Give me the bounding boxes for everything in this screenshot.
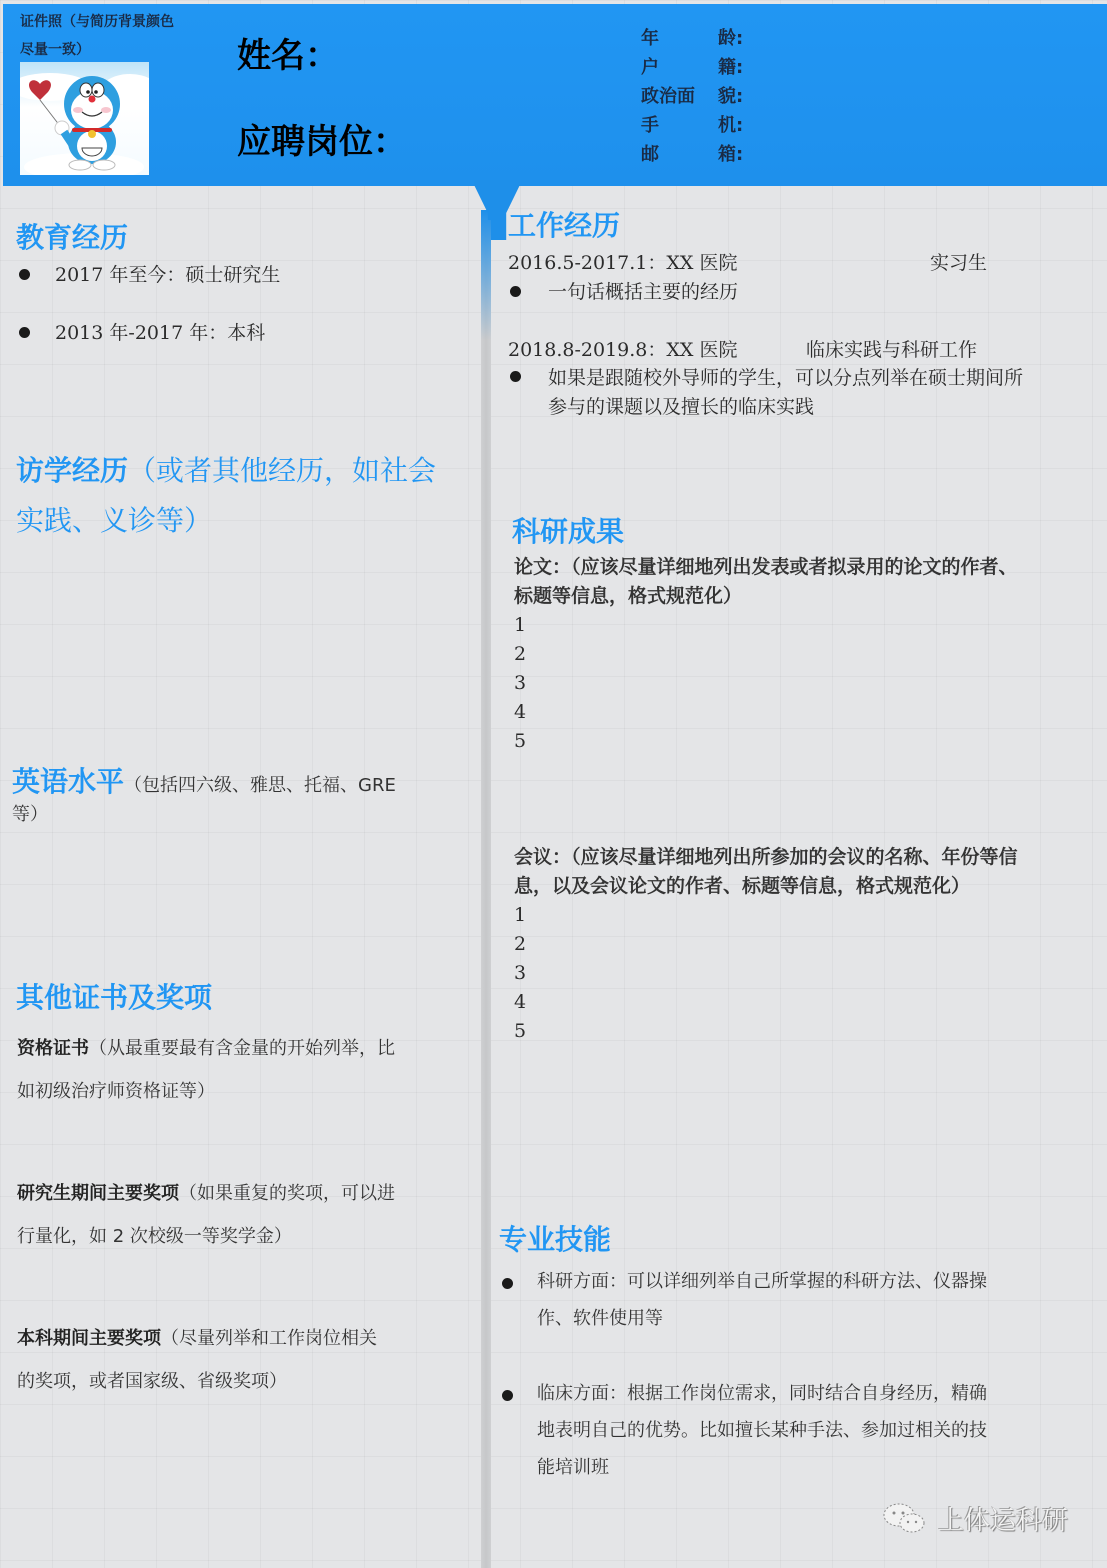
skill-item: 科研方面：可以详细列举自己所掌握的科研方法、仪器操 作、软件使用等 bbox=[502, 1263, 987, 1337]
job-entry: 2016.5-2017.1：XX 医院 实习生 bbox=[508, 248, 1098, 275]
certificates-title: 其他证书及奖项 bbox=[16, 976, 212, 1016]
visiting-note-line2: 实践、义诊等） bbox=[16, 504, 212, 537]
graduate-awards-entry: 研究生期间主要奖项（如果重复的奖项，可以进 行量化，如 2 次校级一等奖学金） bbox=[17, 1172, 477, 1258]
visiting-section-title: 访学经历（或者其他经历，如社会 实践、义诊等） bbox=[16, 446, 476, 546]
info-row-hukou: 户籍: bbox=[641, 53, 743, 82]
conference-item: 4 bbox=[514, 988, 526, 1017]
name-label: 姓名： bbox=[237, 28, 339, 77]
conference-item: 2 bbox=[514, 930, 526, 959]
info-colon: : bbox=[736, 111, 743, 140]
job-role: 实习生 bbox=[930, 248, 987, 275]
info-key-part: 政治面 bbox=[641, 82, 695, 111]
education-item-text: 2013 年-2017 年：本科 bbox=[55, 318, 265, 345]
award-lead: 研究生期间主要奖项 bbox=[17, 1183, 179, 1204]
watermark-text: 上体运科研 bbox=[938, 1500, 1068, 1537]
skill-text-line3: 能培训班 bbox=[537, 1457, 609, 1478]
skill-text-line2: 地表明自己的优势。比如擅长某种手法、参加过相关的技 bbox=[537, 1420, 987, 1441]
info-colon: : bbox=[736, 140, 743, 169]
skill-text-line2: 作、软件使用等 bbox=[537, 1308, 663, 1329]
info-row-political-status: 政治面貌: bbox=[641, 82, 743, 111]
info-key-part: 箱 bbox=[718, 140, 736, 169]
info-key-part: 邮 bbox=[641, 140, 659, 169]
skill-text: 临床方面：根据工作岗位需求，同时结合自身经历，精确 bbox=[537, 1383, 987, 1404]
info-key-part: 龄 bbox=[718, 24, 736, 53]
info-row-email: 邮箱: bbox=[641, 140, 743, 169]
wechat-icon bbox=[882, 1502, 928, 1536]
education-item: 2017 年至今：硕士研究生 bbox=[19, 260, 280, 287]
papers-list: 1 2 3 4 5 bbox=[514, 611, 526, 756]
english-note: （包括四六级、雅思、托福、GRE bbox=[124, 775, 396, 796]
english-title: 英语水平 bbox=[12, 765, 124, 798]
paper-item: 4 bbox=[514, 698, 526, 727]
award-note: （如果重复的奖项，可以进 bbox=[179, 1183, 395, 1204]
conference-description: 会议：（应该尽量详细地列出所参加的会议的名称、年份等信 息，以及会议论文的作者、… bbox=[514, 843, 1018, 901]
education-item: 2013 年-2017 年：本科 bbox=[19, 318, 265, 345]
paper-item: 3 bbox=[514, 669, 526, 698]
job-bullet: 一句话概括主要的经历 bbox=[510, 277, 738, 304]
paper-item: 1 bbox=[514, 611, 526, 640]
bullet-icon bbox=[510, 286, 521, 297]
conference-line2: 息，以及会议论文的作者、标题等信息，格式规范化） bbox=[514, 875, 970, 897]
resume-page: 证件照（与简历背景颜色 尽量一致） bbox=[0, 0, 1107, 1568]
photo-label-line1: 证件照（与简历背景颜色 bbox=[20, 8, 220, 36]
bullet-icon bbox=[502, 1278, 513, 1289]
work-title: 工作经历 bbox=[508, 204, 620, 244]
job-bullet-text-line2: 参与的课题以及擅长的临床实践 bbox=[548, 396, 814, 418]
info-colon: : bbox=[736, 24, 743, 53]
certificate-entry: 资格证书（从最重要最有含金量的开始列举，比 如初级治疗师资格证等） bbox=[17, 1027, 477, 1113]
award-lead: 本科期间主要奖项 bbox=[17, 1328, 161, 1349]
job-bullet-text: 如果是跟随校外导师的学生，可以分点列举在硕士期间所 bbox=[548, 367, 1023, 389]
skills-title: 专业技能 bbox=[499, 1218, 611, 1258]
papers-line1: 论文：（应该尽量详细地列出发表或者拟录用的论文的作者、 bbox=[514, 556, 1018, 578]
english-section: 英语水平（包括四六级、雅思、托福、GRE 等） bbox=[12, 760, 472, 826]
paper-item: 2 bbox=[514, 640, 526, 669]
photo-label: 证件照（与简历背景颜色 尽量一致） bbox=[20, 8, 220, 64]
info-key-part: 年 bbox=[641, 24, 659, 53]
certificate-note-line2: 如初级治疗师资格证等） bbox=[17, 1081, 215, 1102]
doraemon-photo-icon bbox=[20, 62, 149, 175]
info-key-part: 户 bbox=[641, 53, 659, 82]
undergraduate-awards-entry: 本科期间主要奖项（尽量列举和工作岗位相关 的奖项，或者国家级、省级奖项） bbox=[17, 1317, 477, 1403]
info-row-age: 年龄: bbox=[641, 24, 743, 53]
bullet-icon bbox=[510, 371, 521, 382]
conference-item: 3 bbox=[514, 959, 526, 988]
info-row-phone: 手机: bbox=[641, 111, 743, 140]
bullet-icon bbox=[502, 1390, 513, 1401]
info-key-part: 貌 bbox=[718, 82, 736, 111]
certificate-note: （从最重要最有含金量的开始列举，比 bbox=[89, 1038, 395, 1059]
paper-item: 5 bbox=[514, 727, 526, 756]
certificate-lead: 资格证书 bbox=[17, 1038, 89, 1059]
job-role: 临床实践与科研工作 bbox=[806, 335, 977, 362]
skill-item: 临床方面：根据工作岗位需求，同时结合自身经历，精确 地表明自己的优势。比如擅长某… bbox=[502, 1375, 987, 1486]
info-key-part: 手 bbox=[641, 111, 659, 140]
divider-gradient bbox=[481, 210, 491, 340]
english-note-line2: 等） bbox=[12, 804, 48, 825]
info-colon: : bbox=[736, 82, 743, 111]
conference-item: 5 bbox=[514, 1017, 526, 1046]
bullet-icon bbox=[19, 327, 30, 338]
bullet-icon bbox=[19, 269, 30, 280]
job-bullet: 如果是跟随校外导师的学生，可以分点列举在硕士期间所 参与的课题以及擅长的临床实践 bbox=[510, 364, 1023, 422]
job-period: 2018.8-2019.8：XX 医院 bbox=[508, 339, 737, 361]
photo-label-line2: 尽量一致） bbox=[20, 36, 220, 64]
conference-line1: 会议：（应该尽量详细地列出所参加的会议的名称、年份等信 bbox=[514, 846, 1018, 868]
award-note-line2: 的奖项，或者国家级、省级奖项） bbox=[17, 1371, 287, 1392]
education-item-text: 2017 年至今：硕士研究生 bbox=[55, 260, 280, 287]
personal-info-list: 年龄: 户籍: 政治面貌: 手机: 邮箱: bbox=[641, 24, 743, 169]
education-title: 教育经历 bbox=[16, 216, 128, 256]
conference-item: 1 bbox=[514, 901, 526, 930]
papers-line2: 标题等信息，格式规范化） bbox=[514, 585, 742, 607]
research-title: 科研成果 bbox=[512, 510, 624, 550]
job-period: 2016.5-2017.1：XX 医院 bbox=[508, 252, 737, 274]
position-label: 应聘岗位： bbox=[237, 114, 407, 163]
info-key-part: 籍 bbox=[718, 53, 736, 82]
skill-text: 科研方面：可以详细列举自己所掌握的科研方法、仪器操 bbox=[537, 1271, 987, 1292]
visiting-title: 访学经历 bbox=[16, 454, 128, 487]
info-key-part: 机 bbox=[718, 111, 736, 140]
column-divider bbox=[481, 220, 491, 1568]
job-entry: 2018.8-2019.8：XX 医院 临床实践与科研工作 bbox=[508, 335, 1098, 362]
papers-description: 论文：（应该尽量详细地列出发表或者拟录用的论文的作者、 标题等信息，格式规范化） bbox=[514, 553, 1018, 611]
conference-list: 1 2 3 4 5 bbox=[514, 901, 526, 1046]
watermark: 上体运科研 bbox=[882, 1500, 1068, 1537]
id-photo bbox=[20, 62, 149, 175]
info-colon: : bbox=[736, 53, 743, 82]
visiting-note: （或者其他经历，如社会 bbox=[128, 454, 436, 487]
award-note-line2: 行量化，如 2 次校级一等奖学金） bbox=[17, 1226, 292, 1247]
award-note: （尽量列举和工作岗位相关 bbox=[161, 1328, 377, 1349]
job-bullet-text: 一句话概括主要的经历 bbox=[548, 277, 738, 304]
